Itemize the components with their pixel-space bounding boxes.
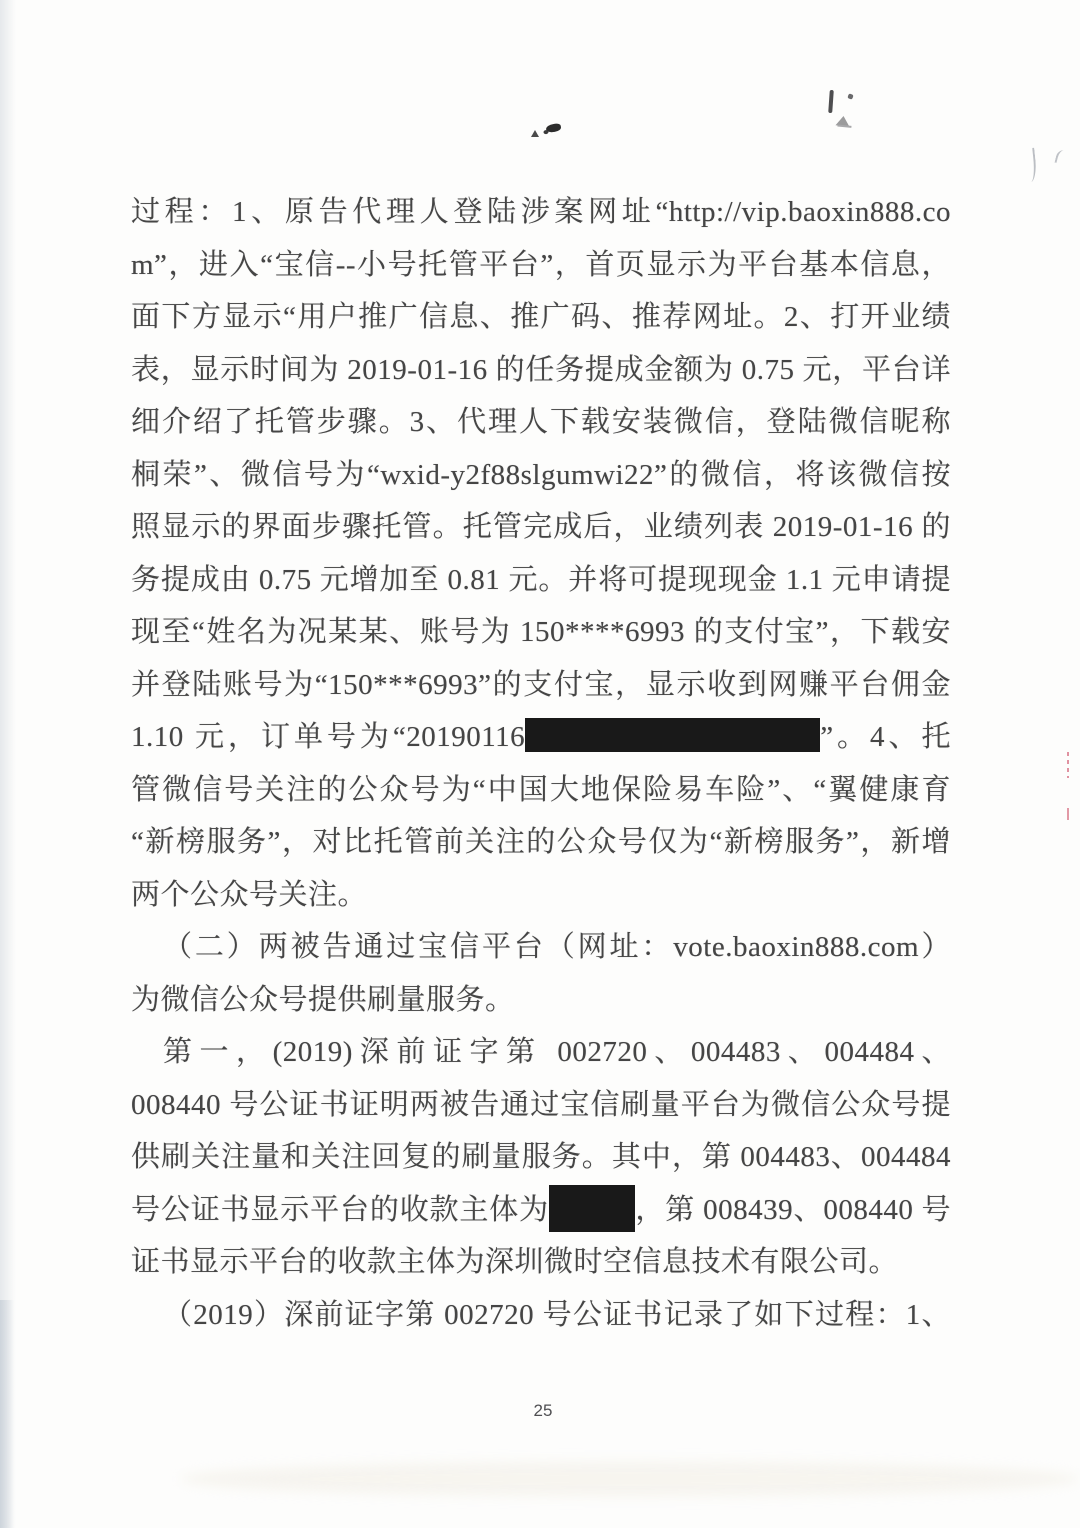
text-line-with-redaction: 号公证书显示平台的收款主体为，第 008439、008440 号公 [131,1184,951,1237]
text-line: 现至“姓名为况某某、账号为 150****6993 的支付宝”，下载安装 [131,606,951,659]
text-segment: ”。4、托 [820,721,951,753]
text-line: 并登陆账号为“150***6993”的支付宝，显示收到网赚平台佣金 [131,659,951,712]
text-line: 过程：1、原告代理人登陆涉案网址“http://vip.baoxin888.co [131,186,951,239]
text-line-with-redaction: 1.10 元，订单号为“20190116”。4、托 [131,711,951,764]
text-line: 管微信号关注的公众号为“中国大地保险易车险”、“翼健康育儿”、 [131,764,951,817]
text-line: 表，显示时间为 2019-01-16 的任务提成金额为 0.75 元，平台详 [131,344,951,397]
scan-edge-shadow-bottom [0,1300,14,1528]
text-line: 照显示的界面步骤托管。托管完成后，业绩列表 2019-01-16 的任 [131,501,951,554]
faint-scribble-artifact [1024,148,1037,183]
ink-dot-artifact [847,93,853,99]
text-segment: 号公证书显示平台的收款主体为 [131,1194,549,1226]
text-line: 第一，(2019)深前证字第 002720、004483、004484、0084… [131,1026,951,1079]
scan-edge-shadow [0,0,16,1528]
text-line: m”，进入“宝信--小号托管平台”，首页显示为平台基本信息，界 [131,239,951,292]
text-line: 务提成由 0.75 元增加至 0.81 元。并将可提现现金 1.1 元申请提 [131,554,951,607]
text-line: 桐荣”、微信号为“wxid-y2f88slgumwi22”的微信，将该微信按 [131,449,951,502]
faint-scribble-artifact [1054,149,1068,165]
red-edge-mark-artifact [1067,752,1069,778]
ink-speck-artifact [531,130,539,137]
text-line: 为微信公众号提供刷量服务。 [131,974,951,1027]
text-line: 面下方显示“用户推广信息、推广码、推荐网址。2、打开业绩列 [131,291,951,344]
red-edge-mark-artifact [1067,808,1069,820]
text-line: 细介绍了托管步骤。3、代理人下载安装微信，登陆微信昵称为“廉 [131,396,951,449]
scan-smudge [180,1462,1080,1496]
text-segment: 1.10 元，订单号为“20190116 [131,721,525,753]
pencil-mark-artifact [836,115,851,126]
ink-blot-artifact [546,123,562,133]
document-body: 过程：1、原告代理人登陆涉案网址“http://vip.baoxin888.co… [131,186,951,1341]
redaction-box-payee [549,1185,635,1232]
pen-stroke-artifact [828,90,834,113]
page-number: 25 [518,1401,568,1421]
text-line: 008440 号公证书证明两被告通过宝信刷量平台为微信公众号提 [131,1079,951,1132]
text-line: （2019）深前证字第 002720 号公证书记录了如下过程：1、 [131,1289,951,1342]
text-line: “新榜服务”，对比托管前关注的公众号仅为“新榜服务”，新增 [131,816,951,869]
text-line: 两个公众号关注。 [131,869,951,922]
text-line: 供刷关注量和关注回复的刷量服务。其中，第 004483、004484 [131,1131,951,1184]
text-line: 证书显示平台的收款主体为深圳微时空信息技术有限公司。 [131,1236,951,1289]
scanned-document-page: 过程：1、原告代理人登陆涉案网址“http://vip.baoxin888.co… [0,0,1080,1528]
text-line: （二）两被告通过宝信平台（网址：vote.baoxin888.com） [131,921,951,974]
redaction-box-order-number [525,718,820,752]
